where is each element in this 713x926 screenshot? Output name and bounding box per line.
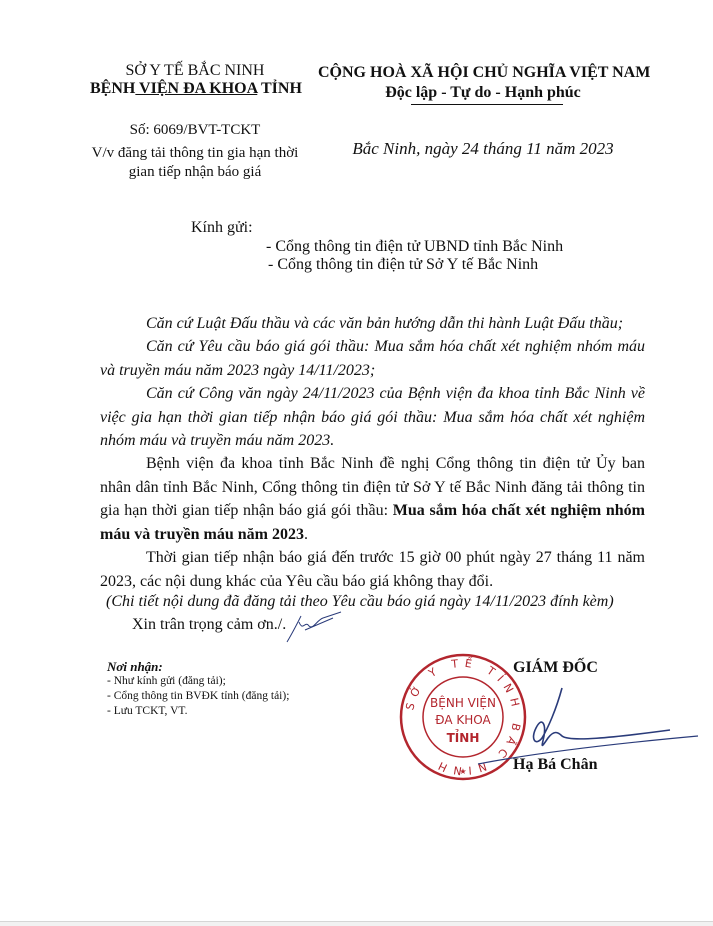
document-number: Số: 6069/BVT-TCKT xyxy=(100,122,290,139)
initials-signature-icon xyxy=(283,610,343,644)
request-paragraph: Bệnh viện đa khoa tỉnh Bắc Ninh đề nghị … xyxy=(100,452,645,546)
deadline-text: Thời gian tiếp nhận báo giá đến trước 15… xyxy=(100,549,645,590)
hospital-name-underlined: VIỆN ĐA KHOA xyxy=(135,80,257,97)
distribution-title: Nơi nhận: xyxy=(107,659,163,675)
request-end: . xyxy=(304,526,308,543)
svg-text:★: ★ xyxy=(459,767,466,776)
national-title: CỘNG HOÀ XÃ HỘI CHỦ NGHĨA VIỆT NAM xyxy=(318,64,648,82)
deadline-paragraph: Thời gian tiếp nhận báo giá đến trước 15… xyxy=(100,546,645,593)
agency-name: SỞ Y TẾ BẮC NINH xyxy=(100,62,290,80)
distribution-item: - Như kính gửi (đăng tải); xyxy=(107,675,226,687)
hospital-name-suffix: TỈNH xyxy=(257,80,302,97)
basis-text-3: Căn cứ Công văn ngày 24/11/2023 của Bệnh… xyxy=(100,385,645,449)
signer-name: Hạ Bá Chân xyxy=(513,756,597,774)
motto-underline xyxy=(411,104,563,105)
place-date: Bắc Ninh, ngày 24 tháng 11 năm 2023 xyxy=(318,139,648,159)
basis-text-2: Căn cứ Yêu cầu báo giá gói thầu: Mua sắm… xyxy=(100,338,645,379)
distribution-item: - Cổng thông tin BVĐK tỉnh (đăng tải); xyxy=(107,690,289,702)
hospital-name-prefix: BỆNH xyxy=(90,80,135,97)
basis-paragraph-2: Căn cứ Yêu cầu báo giá gói thầu: Mua sắm… xyxy=(100,335,645,382)
basis-text-1: Căn cứ Luật Đấu thầu và các văn bản hướn… xyxy=(146,315,623,332)
basis-paragraph-1: Căn cứ Luật Đấu thầu và các văn bản hướn… xyxy=(100,312,645,336)
basis-paragraph-3: Căn cứ Công văn ngày 24/11/2023 của Bệnh… xyxy=(100,382,645,453)
distribution-item: - Lưu TCKT, VT. xyxy=(107,705,187,717)
document-subject: V/v đăng tải thông tin gia hạn thời gian… xyxy=(88,144,302,182)
recipients-label: Kính gửi: xyxy=(191,219,253,237)
signer-role: GIÁM ĐỐC xyxy=(513,659,598,677)
document-page: SỞ Y TẾ BẮC NINH BỆNH VIỆN ĐA KHOA TỈNH … xyxy=(0,0,713,921)
attachment-note: (Chi tiết nội dung đã đăng tải theo Yêu … xyxy=(106,593,614,611)
recipient-item: - Cổng thông tin điện tử UBND tỉnh Bắc N… xyxy=(266,238,563,256)
hospital-name: BỆNH VIỆN ĐA KHOA TỈNH xyxy=(90,80,300,98)
page-bottom-edge xyxy=(0,921,713,926)
closing-line: Xin trân trọng cảm ơn./. xyxy=(132,616,286,634)
national-motto: Độc lập - Tự do - Hạnh phúc xyxy=(318,84,648,102)
recipient-item: - Cổng thông tin điện tử Sở Y tế Bắc Nin… xyxy=(268,256,538,274)
